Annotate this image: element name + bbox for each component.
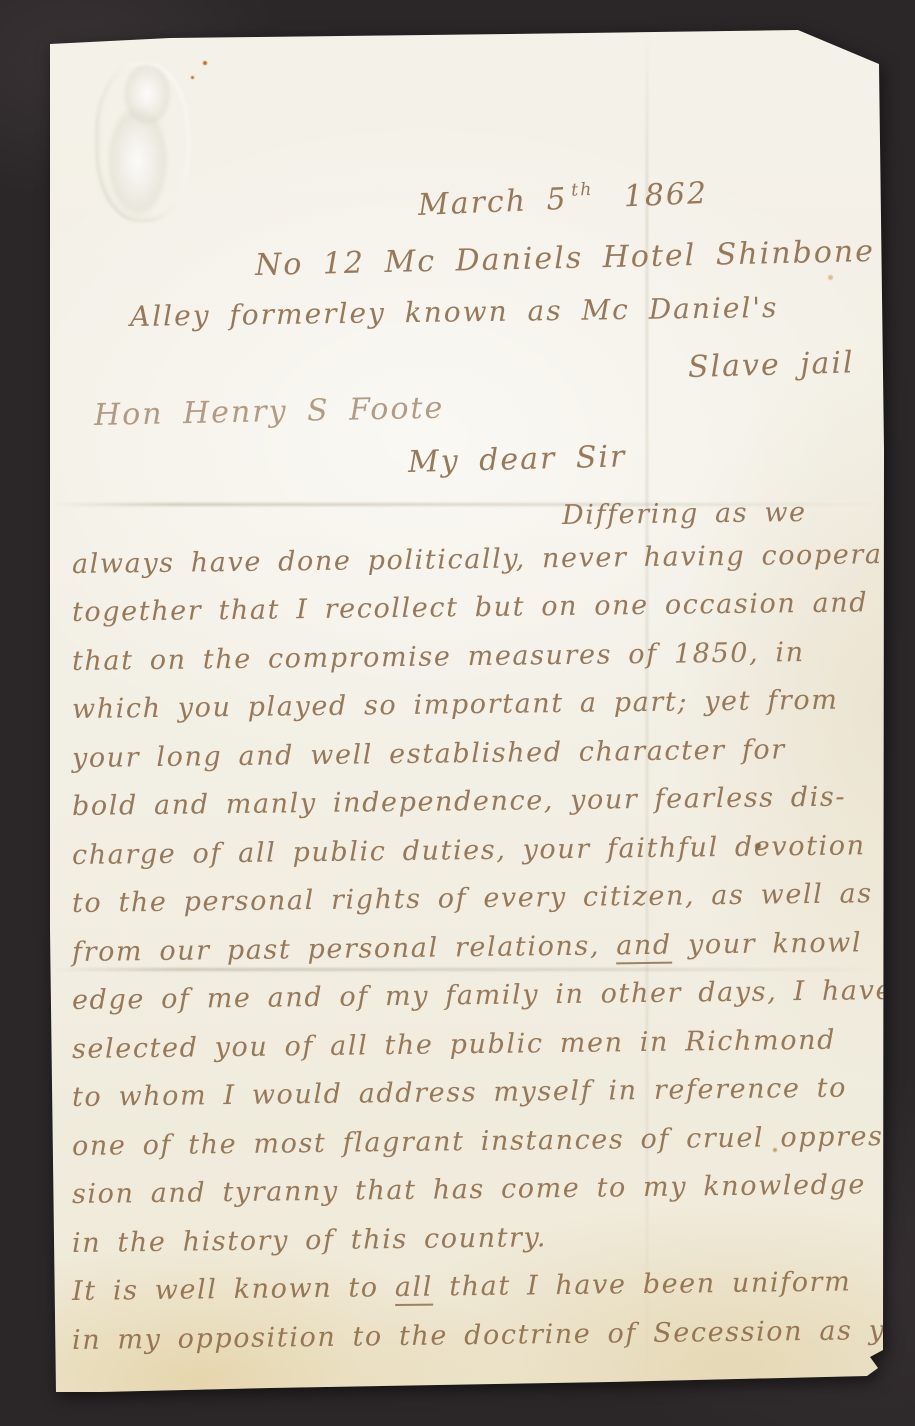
letter-date: March 5th1862 bbox=[417, 176, 708, 223]
recipient-name: Hon Henry S Foote bbox=[94, 391, 445, 433]
letter-line: It is well known to all that I have been… bbox=[72, 1266, 852, 1307]
address-line: Slave jail bbox=[688, 345, 856, 385]
letter-line: selected you of all the public men in Ri… bbox=[72, 1025, 836, 1065]
address-line: No 12 Mc Daniels Hotel Shinbone bbox=[255, 234, 876, 283]
letter-line: your long and well established character… bbox=[72, 734, 786, 774]
letter-line: in my opposition to the doctrine of Sece… bbox=[72, 1315, 915, 1356]
letter-line: charge of all public duties, your faithf… bbox=[72, 830, 866, 871]
letter-line: sion and tyranny that has come to my kno… bbox=[72, 1169, 866, 1210]
letter-line: one of the most flagrant instances of cr… bbox=[72, 1121, 895, 1162]
letter-line: which you played so important a part; ye… bbox=[72, 685, 839, 725]
line-text: from our past personal relations, bbox=[72, 930, 617, 968]
letter-line: bold and manly independence, your fearle… bbox=[72, 782, 847, 822]
letter-line: to the personal rights of every citizen,… bbox=[72, 878, 873, 919]
letter-line: edge of me and of my family in other day… bbox=[72, 975, 893, 1016]
letter-line: together that I recollect but on one occ… bbox=[72, 587, 869, 628]
letter-line: that on the compromise measures of 1850,… bbox=[72, 637, 805, 677]
line-text: your knowl bbox=[672, 927, 863, 960]
letter-line: always have done politically, never havi… bbox=[72, 538, 915, 579]
underlined-word: all bbox=[395, 1272, 434, 1306]
fold-crease-horizontal bbox=[50, 968, 884, 971]
date-year: 1862 bbox=[623, 176, 709, 215]
letter-page: March 5th1862 No 12 Mc Daniels Hotel Shi… bbox=[50, 30, 884, 1392]
line-text: It is well known to bbox=[72, 1272, 395, 1307]
foxing-spot bbox=[828, 275, 833, 280]
letter-line: in the history of this country. bbox=[72, 1222, 547, 1259]
foxing-spot bbox=[191, 76, 194, 79]
underlined-word: and bbox=[616, 930, 672, 965]
letter-page-wrapper: March 5th1862 No 12 Mc Daniels Hotel Shi… bbox=[0, 0, 915, 1426]
salutation: My dear Sir bbox=[408, 439, 627, 480]
letter-line: to whom I would address myself in refere… bbox=[72, 1073, 847, 1113]
foxing-spot bbox=[203, 61, 207, 65]
line-text: that I have been uniform bbox=[433, 1266, 852, 1302]
letter-line: Differing as we bbox=[562, 497, 807, 531]
date-month-day: March 5 bbox=[417, 182, 568, 223]
embossed-stationer-seal bbox=[95, 62, 190, 222]
date-ordinal-suffix: th bbox=[571, 180, 594, 201]
address-line: Alley formerley known as Mc Daniel's bbox=[130, 291, 779, 333]
letter-line: from our past personal relations, and yo… bbox=[72, 927, 863, 968]
